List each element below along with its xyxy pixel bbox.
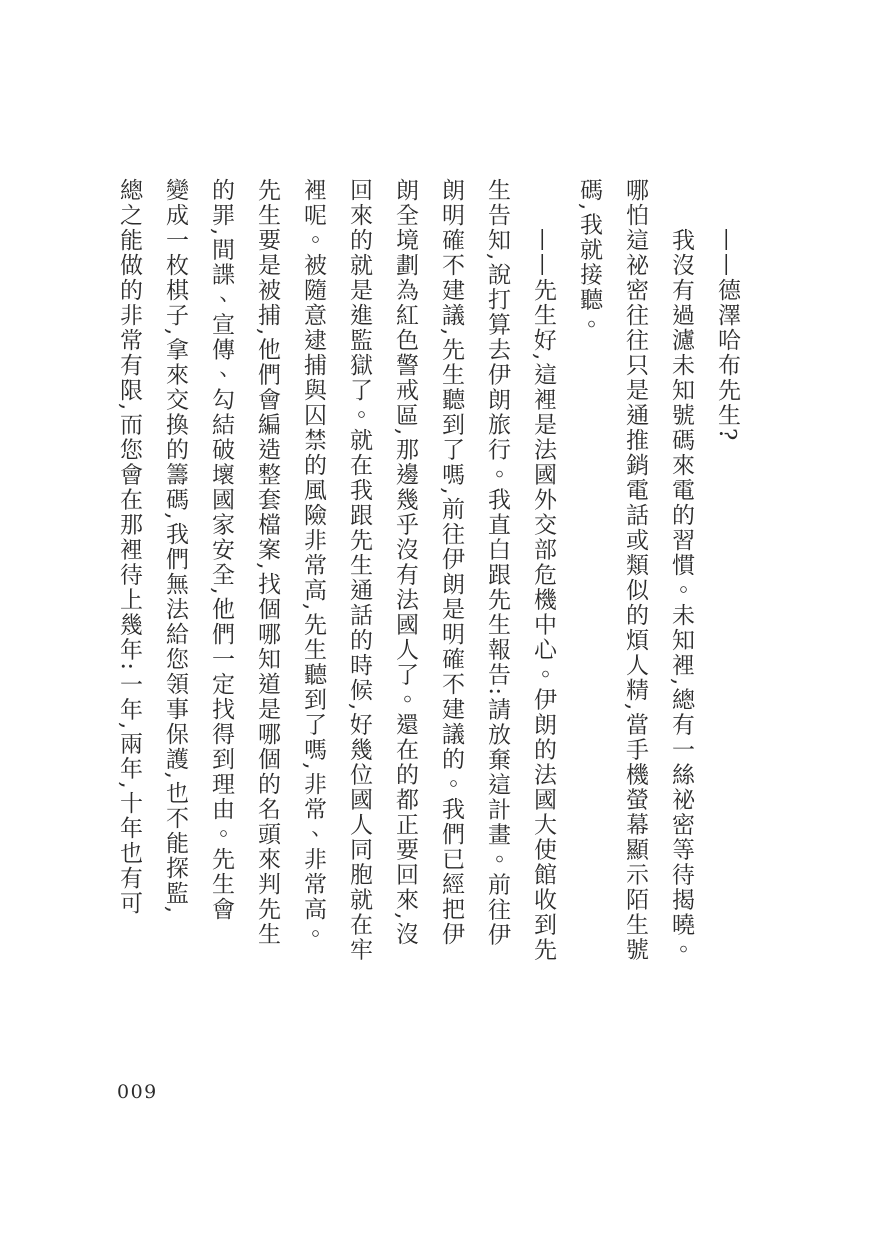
attribution-line: ——德澤哈布先生? xyxy=(704,178,750,982)
text-column: 朗明確不建議,先生聽到了嗎,前往伊朗是明確不建議的。我們已經把伊 xyxy=(428,178,474,982)
text-column: ——先生好,這裡是法國外交部危機中心。伊朗的法國大使館收到先 xyxy=(520,178,566,982)
text-column: 朗全境劃為紅色警戒區,那邊幾乎沒有法國人了。還在的都正要回來,沒 xyxy=(382,178,428,982)
text-column: 我沒有過濾未知號碼來電的習慣。未知裡,總有一絲祕密等待揭曉。 xyxy=(658,178,704,982)
text-column: 總之能做的非常有限,而您會在那裡待上幾年:一年,兩年,十年也有可 xyxy=(106,178,152,982)
page-number: 009 xyxy=(117,1081,158,1103)
text-column: 哪怕這祕密往往只是通推銷電話或類似的煩人精,當手機螢幕顯示陌生號 xyxy=(612,178,658,982)
text-column: 回來的就是進監獄了。就在我跟先生通話的時候,好幾位國人同胞就在牢 xyxy=(336,178,382,982)
text-column: 的罪,間諜、宣傳、勾結破壞國家安全,他們一定找得到理由。先生會 xyxy=(198,178,244,982)
text-column: 生告知,說打算去伊朗旅行。我直白跟先生報告:請放棄這計畫。前往伊 xyxy=(474,178,520,982)
vertical-text-block: ——德澤哈布先生? 我沒有過濾未知號碼來電的習慣。未知裡,總有一絲祕密等待揭曉。… xyxy=(106,178,750,982)
text-column: 碼,我就接聽。 xyxy=(566,178,612,982)
text-column: 裡呢。被隨意逮捕與囚禁的風險非常高,先生聽到了嗎,非常、非常高。 xyxy=(290,178,336,982)
book-page: ——德澤哈布先生? 我沒有過濾未知號碼來電的習慣。未知裡,總有一絲祕密等待揭曉。… xyxy=(0,0,875,1241)
text-column: 先生要是被捕,他們會編造整套檔案,找個哪知道是哪個的名頭來判先生 xyxy=(244,178,290,982)
text-column: 變成一枚棋子,拿來交換的籌碼,我們無法給您領事保護,也不能探監, xyxy=(152,178,198,982)
